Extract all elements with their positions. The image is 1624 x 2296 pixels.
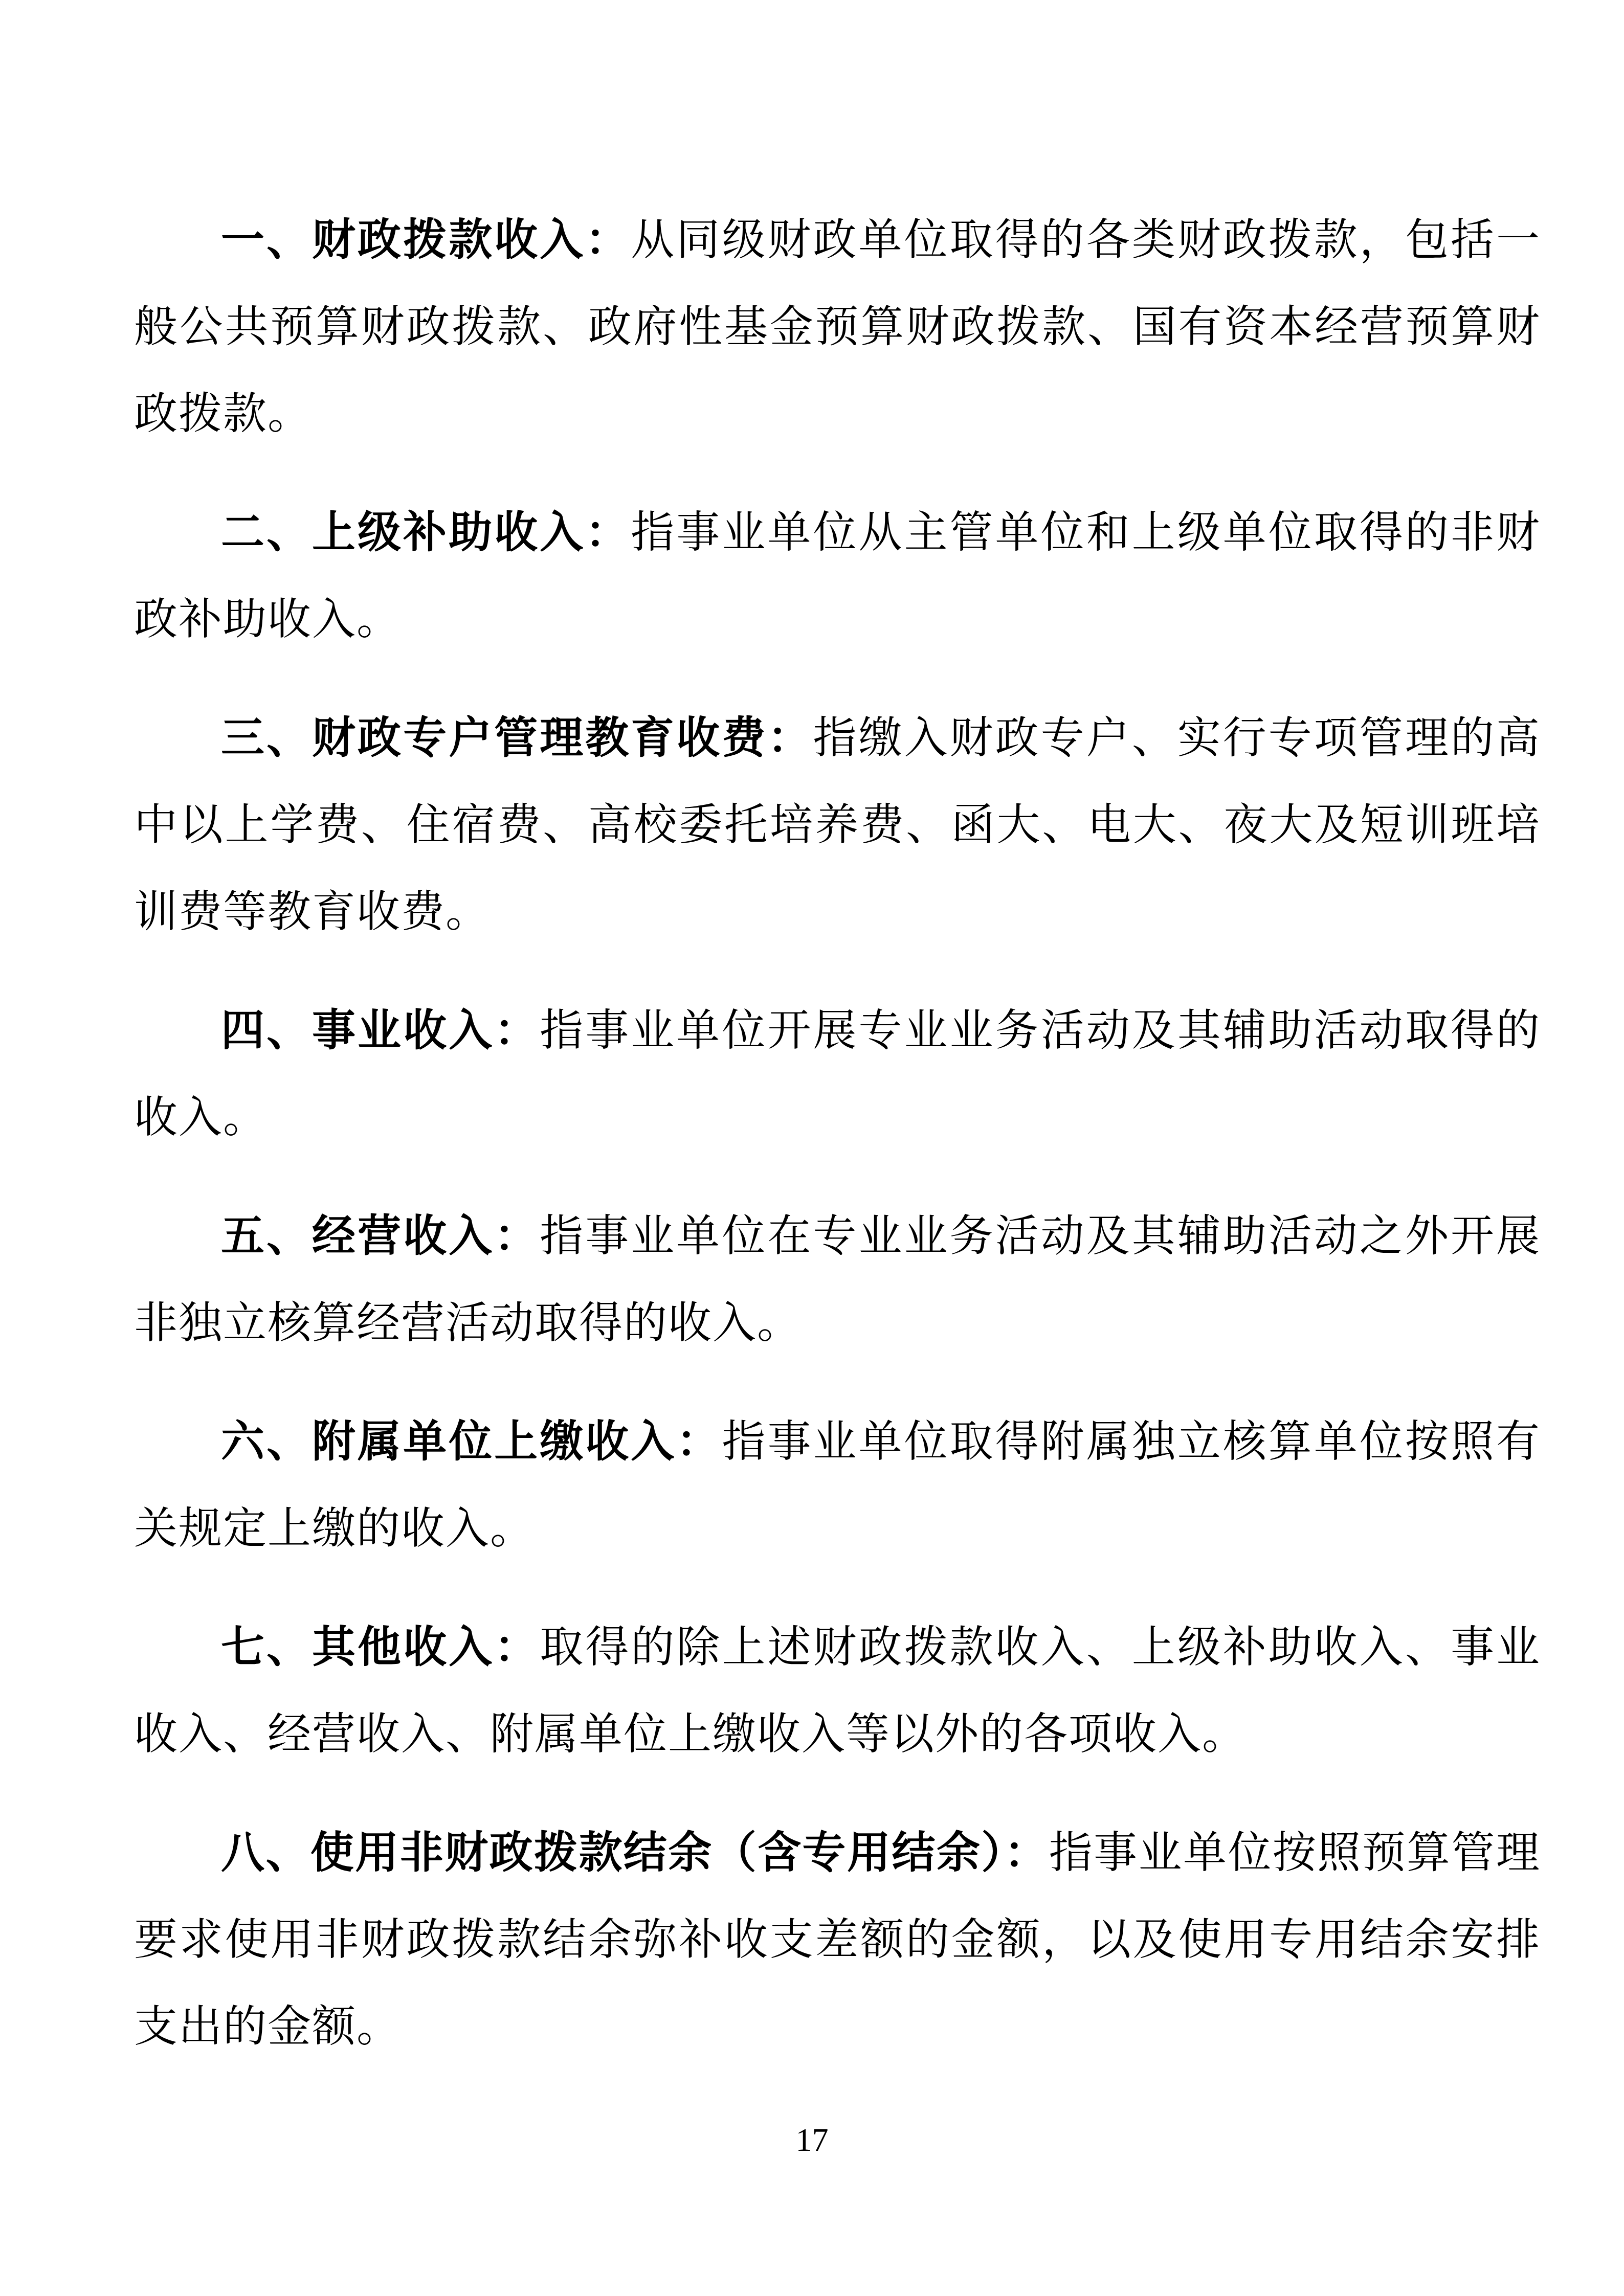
- paragraph-heading: 五、经营收入：: [221, 1212, 540, 1260]
- paragraph: 二、上级补助收入：指事业单位从主管单位和上级单位取得的非财政补助收入。: [134, 489, 1541, 663]
- page-number: 17: [0, 2117, 1624, 2163]
- paragraph: 八、使用非财政拨款结余（含专用结余）：指事业单位按照预算管理要求使用非财政拨款结…: [134, 1810, 1541, 2070]
- paragraph-heading: 八、使用非财政拨款结余（含专用结余）：: [221, 1829, 1049, 1877]
- paragraph: 七、其他收入：取得的除上述财政拨款收入、上级补助收入、事业收入、经营收入、附属单…: [134, 1604, 1541, 1778]
- paragraph: 三、财政专户管理教育收费：指缴入财政专户、实行专项管理的高中以上学费、住宿费、高…: [134, 695, 1541, 956]
- paragraph-heading: 二、上级补助收入：: [221, 509, 631, 557]
- paragraph: 六、附属单位上缴收入：指事业单位取得附属独立核算单位按照有关规定上缴的收入。: [134, 1399, 1541, 1572]
- paragraph-heading: 一、财政拨款收入：: [221, 216, 631, 264]
- paragraph-heading: 七、其他收入：: [221, 1624, 540, 1672]
- paragraph-heading: 六、附属单位上缴收入：: [221, 1418, 722, 1466]
- paragraph: 五、经营收入：指事业单位在专业业务活动及其辅助活动之外开展非独立核算经营活动取得…: [134, 1193, 1541, 1367]
- paragraph: 四、事业收入：指事业单位开展专业业务活动及其辅助活动取得的收入。: [134, 987, 1541, 1161]
- paragraph-heading: 四、事业收入：: [221, 1007, 540, 1055]
- paragraph-heading: 三、财政专户管理教育收费：: [221, 714, 813, 762]
- paragraph: 一、财政拨款收入：从同级财政单位取得的各类财政拨款，包括一般公共预算财政拨款、政…: [134, 197, 1541, 458]
- document-page: 一、财政拨款收入：从同级财政单位取得的各类财政拨款，包括一般公共预算财政拨款、政…: [0, 0, 1624, 2296]
- document-content: 一、财政拨款收入：从同级财政单位取得的各类财政拨款，包括一般公共预算财政拨款、政…: [134, 197, 1541, 2102]
